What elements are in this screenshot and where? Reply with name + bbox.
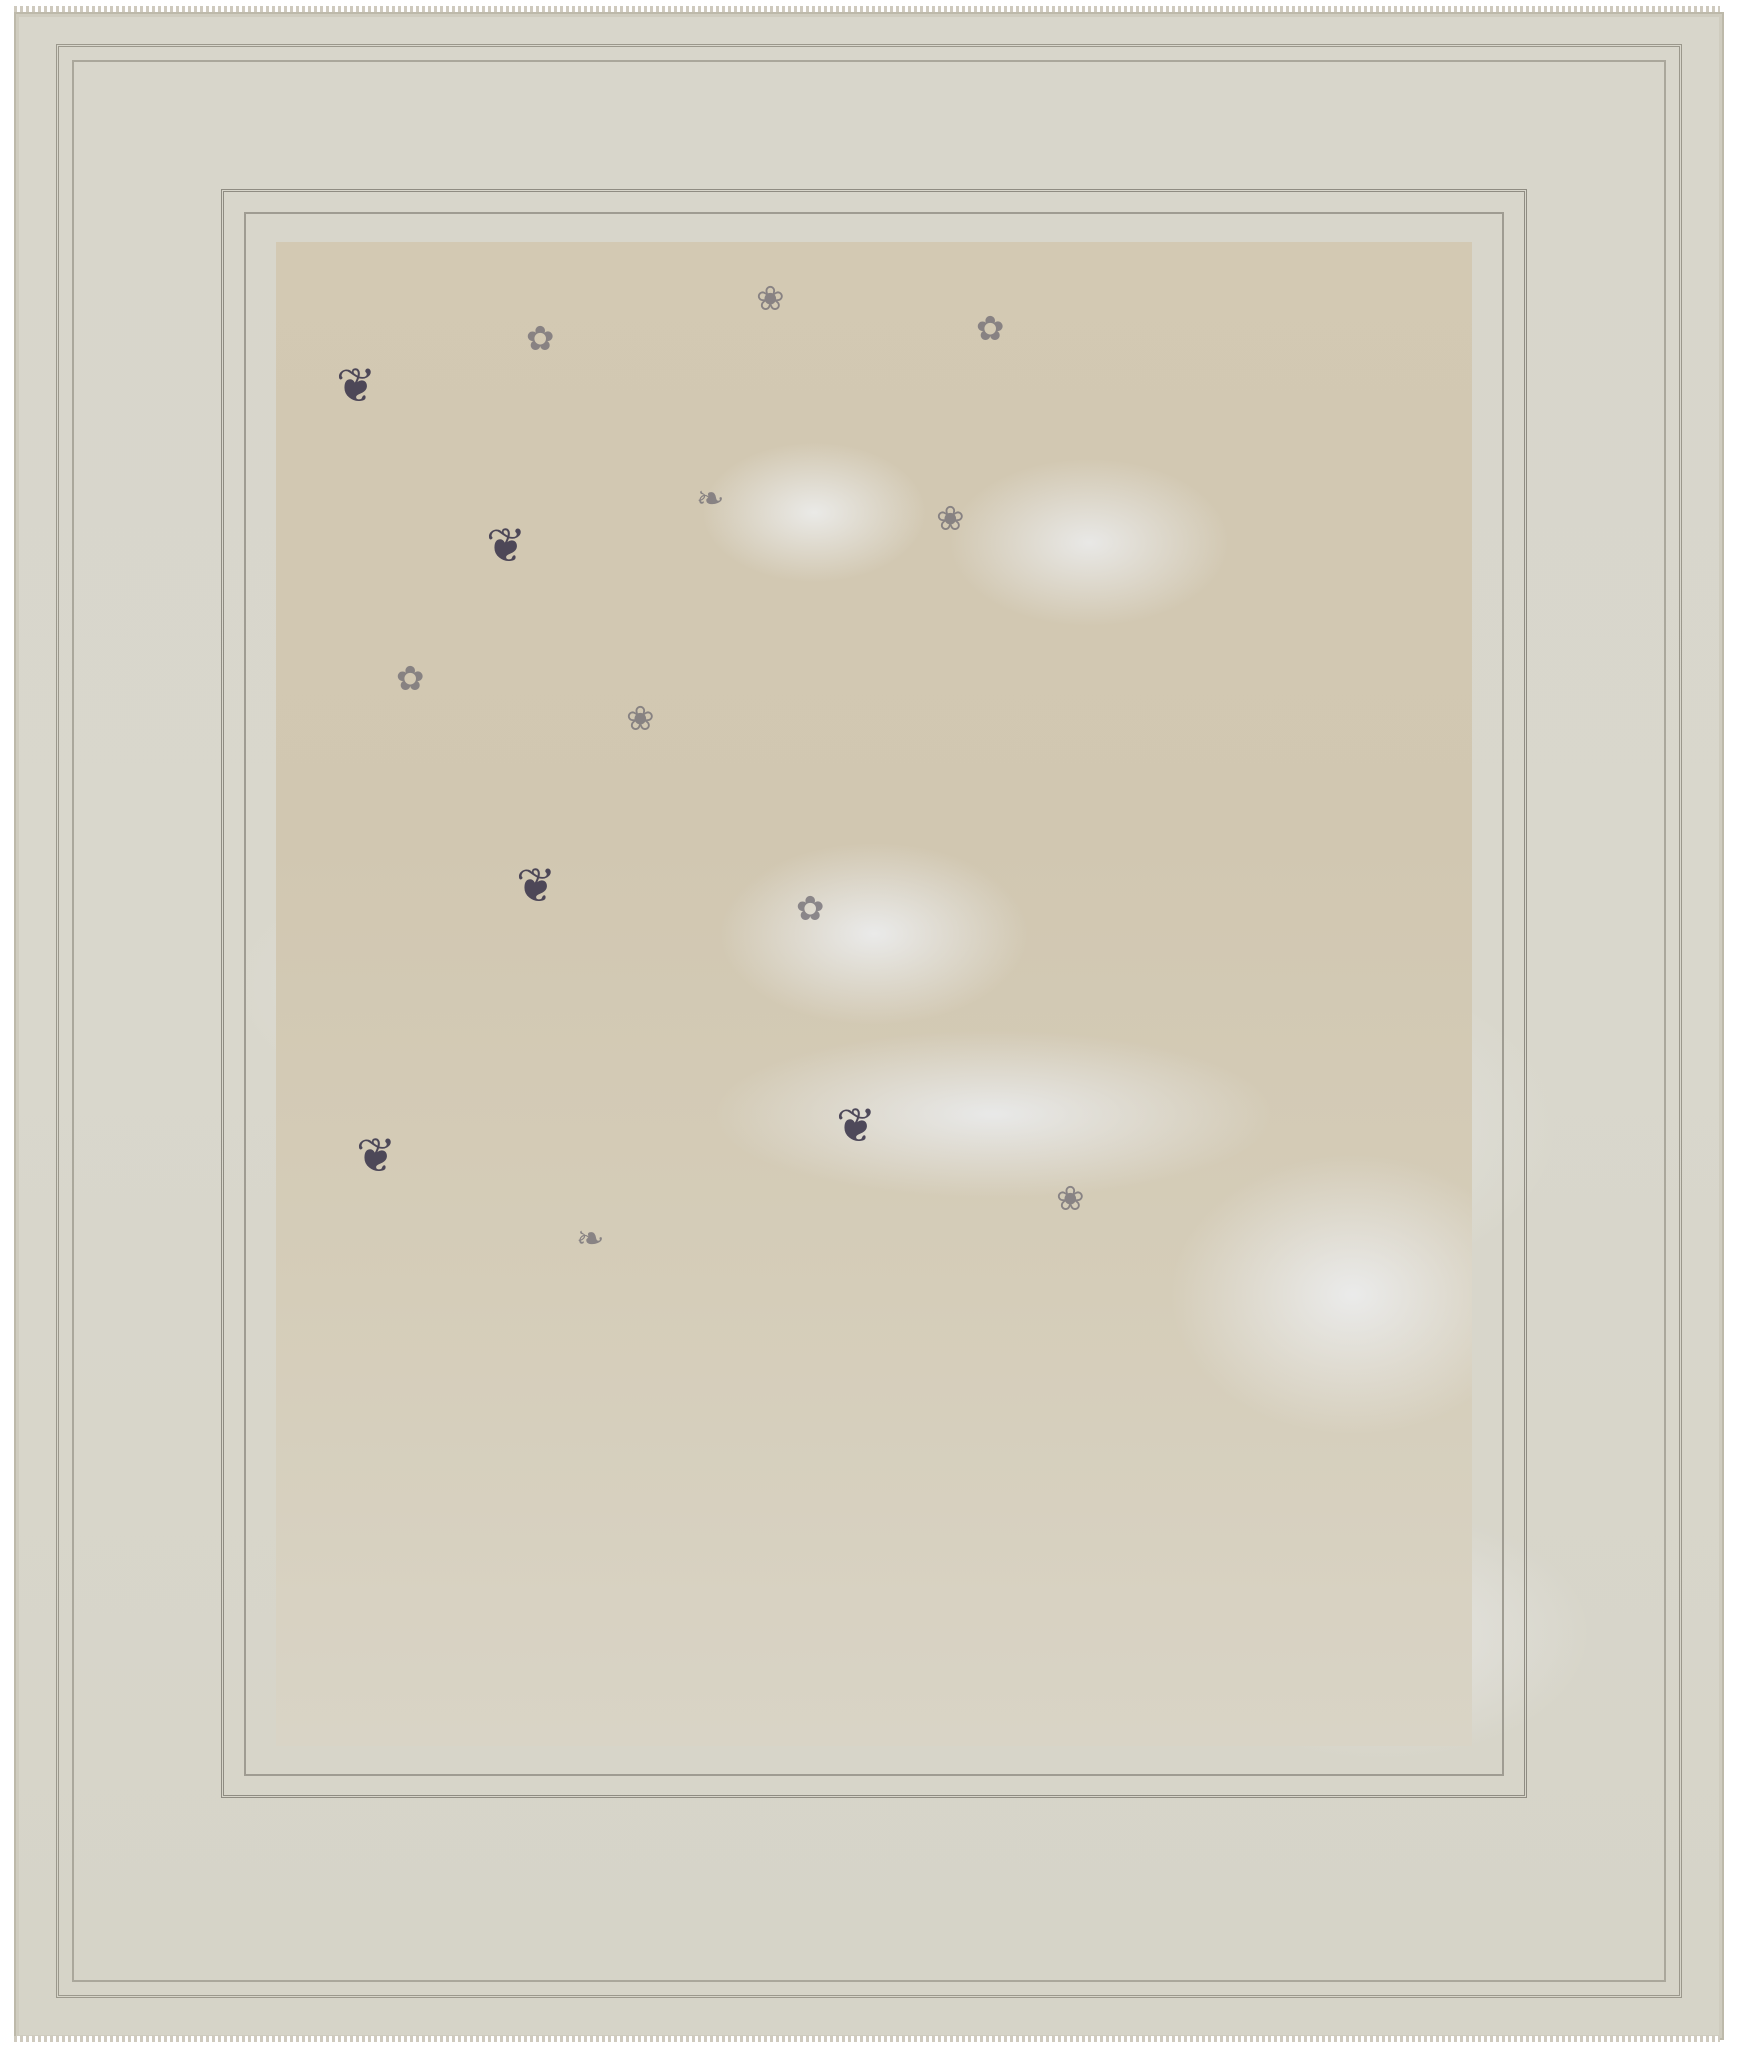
palmette-icon: ❦ bbox=[356, 1132, 396, 1180]
rosette-icon: ✿ bbox=[976, 312, 1005, 346]
palmette-icon: ❦ bbox=[336, 362, 376, 410]
top-fringe bbox=[14, 6, 1720, 12]
rug: ❦ ✿ ❀ ✿ ❦ ❧ ❀ ✿ ❀ ❦ ✿ ❦ ❦ ❧ ❀ bbox=[14, 12, 1724, 2040]
rosette-icon: ✿ bbox=[526, 322, 555, 356]
bottom-fringe bbox=[14, 2036, 1720, 2042]
flower-icon: ❀ bbox=[1056, 1182, 1085, 1216]
rug-field: ❦ ✿ ❀ ✿ ❦ ❧ ❀ ✿ ❀ ❦ ✿ ❦ ❦ ❧ ❀ bbox=[276, 242, 1472, 1746]
palmette-icon: ❦ bbox=[836, 1102, 876, 1150]
flower-icon: ❀ bbox=[936, 502, 965, 536]
rosette-icon: ✿ bbox=[396, 662, 425, 696]
leaf-icon: ❧ bbox=[696, 482, 725, 516]
flower-icon: ❀ bbox=[626, 702, 655, 736]
palmette-icon: ❦ bbox=[486, 522, 526, 570]
leaf-icon: ❧ bbox=[576, 1222, 605, 1256]
palmette-icon: ❦ bbox=[516, 862, 556, 910]
rosette-icon: ✿ bbox=[796, 892, 825, 926]
flower-icon: ❀ bbox=[756, 282, 785, 316]
